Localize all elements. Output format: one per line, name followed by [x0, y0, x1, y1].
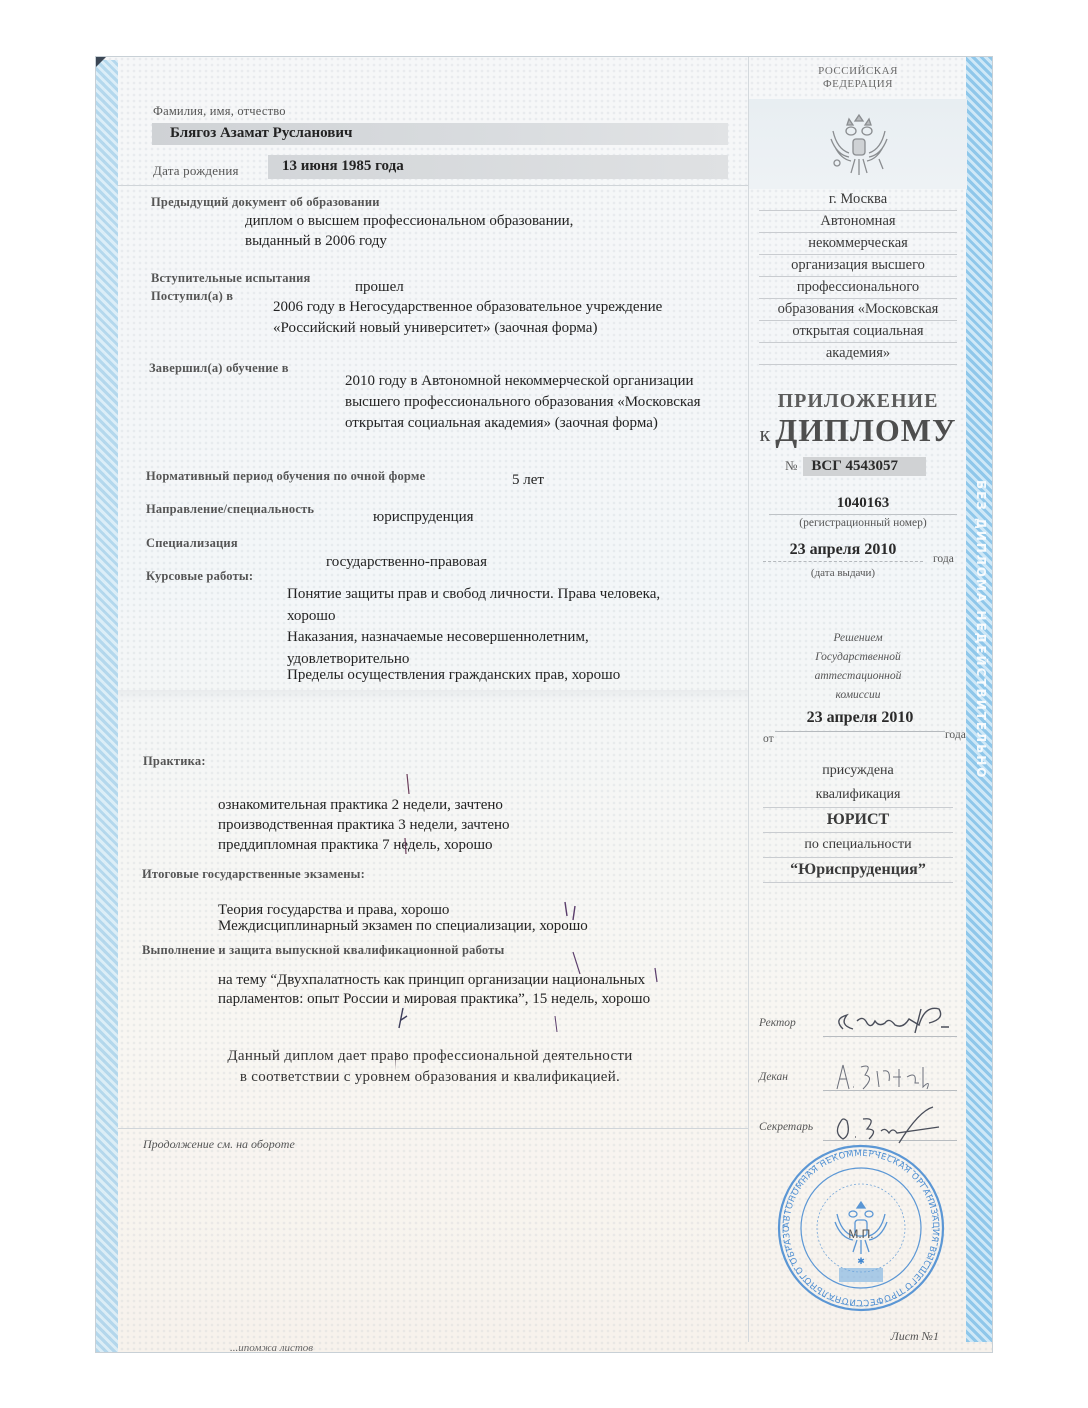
rector-signature-row: Ректор	[759, 999, 957, 1045]
enrolled-line-1: 2006 году в Негосударственное образовате…	[273, 297, 662, 318]
dean-signature-row: Декан	[759, 1053, 957, 1099]
org-line-7: открытая социальная	[759, 321, 957, 343]
specialization-label: Специализация	[146, 536, 238, 551]
coursework-line-3: Наказания, назначаемые несовершеннолетни…	[287, 627, 589, 648]
previous-document-label: Предыдущий документ об образовании	[151, 195, 380, 210]
coursework-line-2: хорошо	[287, 606, 335, 627]
entrance-exams-value: прошел	[355, 277, 404, 298]
bottom-cut-text: ...ипомжа листов	[230, 1342, 313, 1354]
state-exams-label: Итоговые государственные экзамены:	[142, 867, 365, 882]
study-period-label: Нормативный период обучения по очной фор…	[146, 469, 425, 484]
secretary-label: Секретарь	[759, 1121, 813, 1133]
organization-name: г. Москва Автономная некоммерческая орга…	[759, 189, 957, 365]
coursework-label: Курсовые работы:	[146, 569, 253, 584]
title-k: к	[760, 421, 772, 446]
specialization: государственно-правовая	[326, 552, 487, 573]
org-line-2: Автономная	[759, 211, 957, 233]
birth-date-label: Дата рождения	[153, 163, 239, 179]
completed-line-2: высшего профессионального образования «М…	[345, 392, 701, 413]
dean-signature-icon	[829, 1053, 969, 1099]
dean-label: Декан	[759, 1071, 788, 1083]
rights-line-1: Данный диплом дает право профессионально…	[150, 1046, 710, 1067]
registration-caption: (регистрационный номер)	[769, 517, 957, 529]
country-header-line-1: РОССИЙСКАЯ	[749, 65, 967, 78]
birth-date: 13 июня 1985 года	[282, 156, 404, 177]
diploma-number: ВСГ 4543057	[803, 457, 926, 476]
rector-signature-icon	[829, 999, 969, 1045]
awarded-text: присуждена	[763, 759, 953, 783]
org-line-1: г. Москва	[759, 189, 957, 211]
entrance-exams-label: Вступительные испытания	[151, 271, 310, 286]
qualification-label: квалификация	[763, 783, 953, 808]
qualification-block: присуждена квалификация ЮРИСТ по специал…	[763, 759, 953, 883]
coat-of-arms-icon	[827, 109, 891, 181]
org-line-8: академия»	[759, 343, 957, 365]
left-guilloche-border	[96, 60, 118, 1352]
org-line-6: образования «Московская	[759, 299, 957, 321]
issue-caption: (дата выдачи)	[763, 567, 923, 579]
paper-fold	[118, 690, 748, 702]
decision-line-4: комиссии	[749, 686, 967, 705]
continued-note: Продолжение см. на обороте	[143, 1137, 295, 1152]
org-line-3: некоммерческая	[759, 233, 957, 255]
title-supplement: ПРИЛОЖЕНИЕ	[749, 390, 967, 413]
study-period: 5 лет	[512, 470, 544, 491]
previous-document-line-2: выданный в 2006 году	[245, 231, 387, 252]
completed-label: Завершил(а) обучение в	[149, 361, 289, 376]
number-prefix: №	[785, 458, 797, 473]
svg-text:М.П.: М.П.	[848, 1227, 873, 1241]
from-label: от	[763, 733, 774, 745]
registration-number: 1040163	[769, 495, 957, 515]
page-corner	[96, 57, 106, 67]
right-column: РОССИЙСКАЯ ФЕДЕРАЦИЯ г. Москва Автономна…	[748, 57, 967, 1342]
side-band-text: БЕЗ ДИПЛОМА НЕДЕЙСТВИТЕЛЬНО	[970, 480, 988, 920]
country-header-line-2: ФЕДЕРАЦИЯ	[749, 78, 967, 91]
rector-label: Ректор	[759, 1017, 796, 1029]
decision-line-1: Решением	[749, 629, 967, 648]
title-to-diploma: кДИПЛОМУ	[749, 412, 967, 449]
footer-divider	[118, 1128, 748, 1129]
specialty-quoted: “Юриспруденция”	[763, 858, 953, 883]
decision-date: 23 апреля 2010	[775, 709, 945, 732]
specialty-label: Направление/специальность	[146, 502, 314, 517]
completed-line-3: открытая социальная академия» (заочная ф…	[345, 413, 658, 434]
header-divider	[118, 185, 748, 186]
decision-line-2: Государственной	[749, 648, 967, 667]
org-line-5: профессионального	[759, 277, 957, 299]
full-name-label: Фамилия, имя, отчество	[153, 104, 286, 119]
title-diploma: ДИПЛОМУ	[775, 412, 956, 448]
rights-statement: Данный диплом дает право профессионально…	[150, 1046, 710, 1088]
commission-decision: Решением Государственной аттестационной …	[749, 629, 967, 705]
full-name: Блягоз Азамат Русланович	[170, 123, 352, 144]
sheet-number: Лист №1	[749, 1329, 967, 1344]
by-specialty-label: по специальности	[763, 833, 953, 858]
decision-line-3: аттестационной	[749, 667, 967, 686]
previous-document-line-1: диплом о высшем профессиональном образов…	[245, 211, 573, 232]
org-line-4: организация высшего	[759, 255, 957, 277]
decision-year-suffix: года	[945, 729, 966, 741]
issue-date: 23 апреля 2010	[763, 541, 923, 562]
enrolled-line-2: «Российский новый университет» (заочная …	[273, 318, 597, 339]
pen-marks	[395, 770, 795, 1090]
rights-line-2: в соответствии с уровнем образования и к…	[150, 1067, 710, 1088]
svg-text:✱: ✱	[857, 1256, 865, 1266]
official-seal-icon: АВТОНОМНАЯ НЕКОММЕРЧЕСКАЯ ОРГАНИЗАЦИЯ ВЫ…	[771, 1142, 951, 1314]
coursework-line-1: Понятие защиты прав и свобод личности. П…	[287, 584, 660, 605]
practice-label: Практика:	[143, 754, 206, 769]
enrolled-label: Поступил(а) в	[151, 289, 233, 304]
diploma-number-line: №ВСГ 4543057	[785, 457, 926, 476]
qualification: ЮРИСТ	[763, 808, 953, 833]
specialty: юриспруденция	[373, 507, 474, 528]
completed-line-1: 2010 году в Автономной некоммерческой ор…	[345, 371, 694, 392]
coursework-line-5: Пределы осуществления гражданских прав, …	[287, 665, 620, 686]
country-header: РОССИЙСКАЯ ФЕДЕРАЦИЯ	[749, 57, 967, 105]
issue-year-suffix: года	[933, 553, 954, 565]
